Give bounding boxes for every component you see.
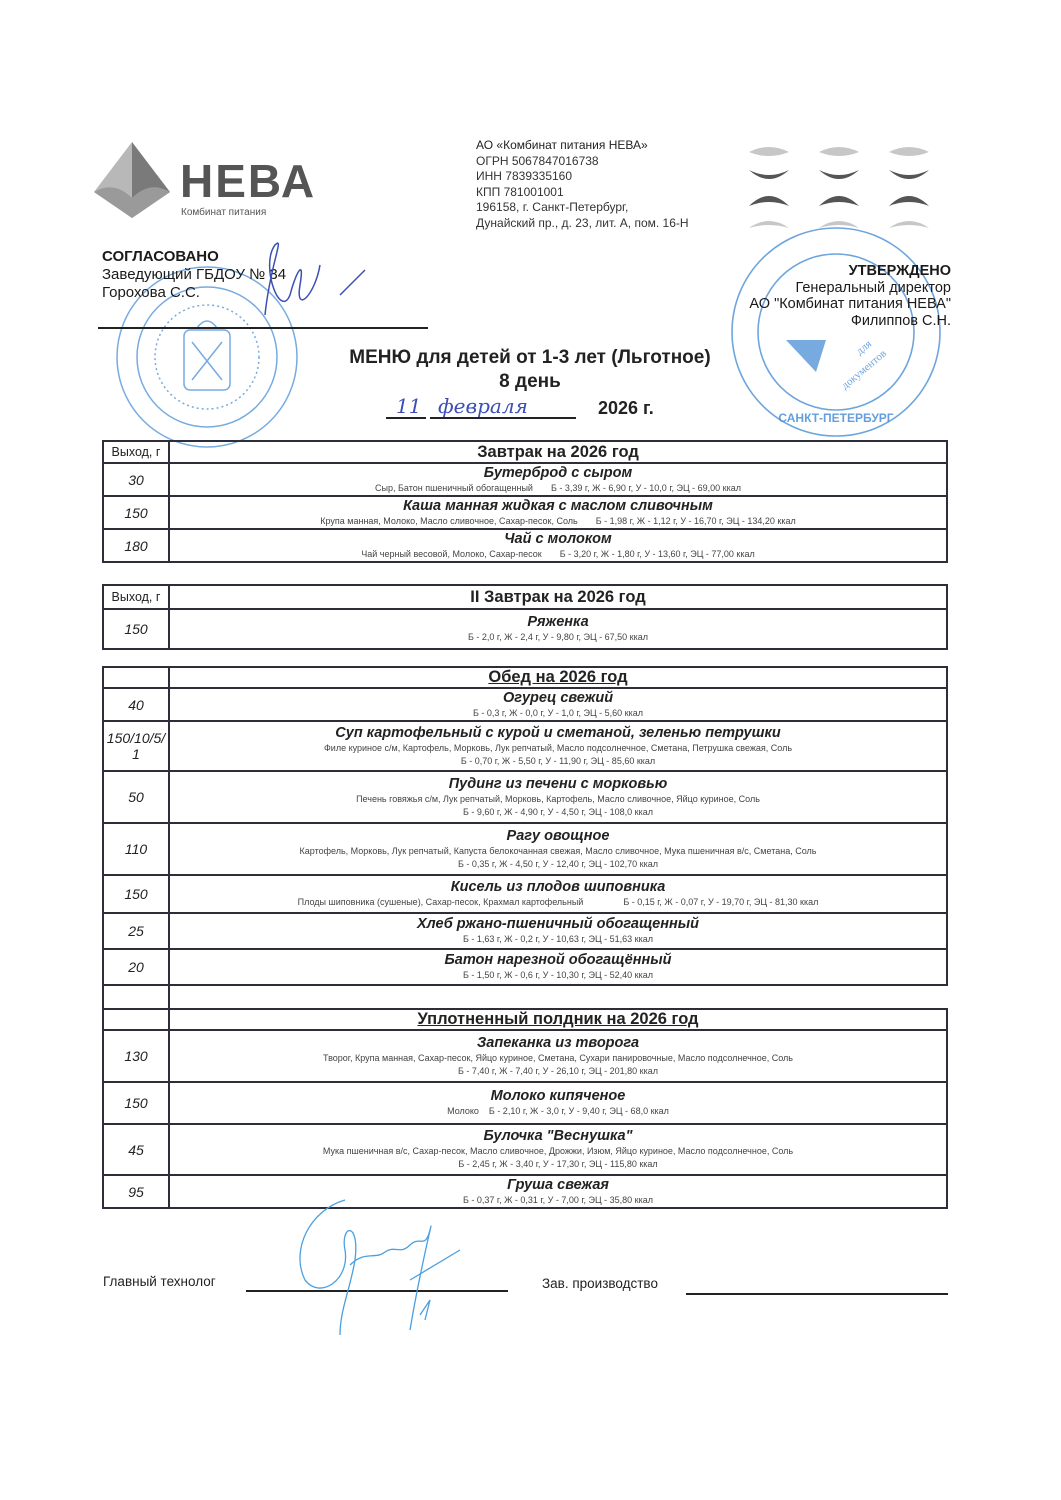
dish-yield: 150 [103,609,169,649]
dish-nutrition: Б - 0,15 г, Ж - 0,07 г, У - 19,70 г, ЭЦ … [623,897,818,907]
dish-name: Батон нарезной обогащённый [170,952,946,969]
approved-position: Генеральный директор [749,280,951,297]
section-title: Обед на 2026 год [169,667,947,688]
menu-day: 8 день [300,370,760,394]
dish-nutrition: Б - 0,3 г, Ж - 0,0 г, У - 1,0 г, ЭЦ - 5,… [170,707,946,720]
stamp-center-1: для [854,338,874,358]
dish-name: Пудинг из печени с морковью [170,776,946,793]
dish-nutrition: Б - 1,98 г, Ж - 1,12 г, У - 16,70 г, ЭЦ … [596,516,796,526]
dish-ingredients: Плоды шиповника (сушеные), Сахар-песок, … [298,897,584,907]
dish-name: Молоко кипяченое [170,1088,946,1105]
date-day: 11 [396,394,421,418]
dish-ingredients: Филе куриное с/м, Картофель, Морковь, Лу… [170,742,946,755]
dish-nutrition: Б - 2,0 г, Ж - 2,4 г, У - 9,80 г, ЭЦ - 6… [170,631,946,644]
dish-nutrition: Б - 1,63 г, Ж - 0,2 г, У - 10,63 г, ЭЦ -… [170,933,946,946]
dish-yield: 30 [103,463,169,496]
dish-ingredients: Сыр, Батон пшеничный обогащенный [375,483,533,493]
dish-nutrition: Б - 3,39 г, Ж - 6,90 г, У - 10,0 г, ЭЦ -… [551,483,741,493]
dish-name: Запеканка из творога [170,1035,946,1052]
dish-name: Булочка "Веснушка" [170,1128,946,1145]
table-row: 95 Груша свежаяБ - 0,37 г, Ж - 0,31 г, У… [103,1175,947,1208]
section-title: Завтрак на 2026 год [169,441,947,463]
dish-ingredients: Молоко [447,1106,479,1116]
production-head-label: Зав. производство [542,1276,658,1291]
dish-nutrition: Б - 1,50 г, Ж - 0,6 г, У - 10,30 г, ЭЦ -… [170,969,946,982]
company-inn: ИНН 7839335160 [476,169,689,185]
dish-yield: 110 [103,823,169,875]
table-row: 130 Запеканка из творогаТворог, Крупа ма… [103,1030,947,1082]
dish-yield: 40 [103,688,169,721]
dish-name: Суп картофельный с курой и сметаной, зел… [170,725,946,742]
dish-yield: 180 [103,529,169,562]
date-month-underline [430,417,576,419]
production-head-signature-line [686,1293,948,1295]
dish-name: Рагу овощное [170,828,946,845]
table-row: 150 Каша манная жидкая с маслом сливочны… [103,496,947,529]
dish-yield: 50 [103,771,169,823]
approved-org: АО "Комбинат питания НЕВА" [749,296,951,313]
stamp-city: САНКТ-ПЕТЕРБУРГ [778,411,893,425]
dish-nutrition: Б - 7,40 г, Ж - 7,40 г, У - 26,10 г, ЭЦ … [170,1065,946,1078]
company-name: АО «Комбинат питания НЕВА» [476,138,689,154]
yield-header-empty [103,1009,169,1030]
table-row: 30 Бутерброд с сыромСыр, Батон пшеничный… [103,463,947,496]
dish-yield: 150 [103,496,169,529]
dish-nutrition: Б - 2,10 г, Ж - 3,0 г, У - 9,40 г, ЭЦ - … [489,1106,669,1116]
approved-name: Филиппов С.Н. [749,313,951,330]
approved-title: УТВЕРЖДЕНО [749,263,951,280]
section-title: II Завтрак на 2026 год [169,585,947,609]
company-address-1: 196158, г. Санкт-Петербург, [476,200,689,216]
dish-yield: 150 [103,875,169,913]
dish-ingredients: Творог, Крупа манная, Сахар-песок, Яйцо … [170,1052,946,1065]
menu-title-line1: МЕНЮ для детей от 1-3 лет (Льготное) [300,346,760,370]
logo-subtitle: Комбинат питания [181,207,266,218]
yield-header: Выход, г [103,441,169,463]
technologist-signature-icon [250,1190,480,1340]
table-row: 150/10/5/ 1 Суп картофельный с курой и с… [103,721,947,771]
company-kpp: КПП 781001001 [476,185,689,201]
table-row: 110 Рагу овощноеКартофель, Морковь, Лук … [103,823,947,875]
dish-nutrition: Б - 2,45 г, Ж - 3,40 г, У - 17,30 г, ЭЦ … [170,1158,946,1171]
date-day-underline [386,417,426,419]
table-row: 150 РяженкаБ - 2,0 г, Ж - 2,4 г, У - 9,8… [103,609,947,649]
dish-yield: 25 [103,913,169,949]
logo-wordmark: НЕВА [180,158,316,204]
menu-date: 11 февраля 2026 г. [386,396,686,422]
dish-nutrition: Б - 9,60 г, Ж - 4,90 г, У - 4,50 г, ЭЦ -… [170,806,946,819]
dish-name: Бутерброд с сыром [170,465,946,482]
dish-yield: 45 [103,1124,169,1175]
second-breakfast-table: Выход, г II Завтрак на 2026 год 150 Ряже… [102,584,948,650]
dish-nutrition: Б - 3,20 г, Ж - 1,80 г, У - 13,60 г, ЭЦ … [560,549,755,559]
table-row: 180 Чай с молокомЧай черный весовой, Мол… [103,529,947,562]
dish-name: Каша манная жидкая с маслом сливочным [170,498,946,515]
table-row: 150 Молоко кипяченоеМолокоБ - 2,10 г, Ж … [103,1082,947,1124]
director-signature-icon [245,225,375,345]
company-info: АО «Комбинат питания НЕВА» ОГРН 50678470… [476,138,689,231]
company-stamp-icon: САНКТ-ПЕТЕРБУРГ для документов [726,222,946,442]
dish-ingredients: Мука пшеничная в/с, Сахар-песок, Масло с… [170,1145,946,1158]
dish-ingredients: Чай черный весовой, Молоко, Сахар-песок [361,549,541,559]
lunch-table: Обед на 2026 год 40 Огурец свежийБ - 0,3… [102,666,948,1209]
yield-header-empty [103,667,169,688]
menu-title: МЕНЮ для детей от 1-3 лет (Льготное) 8 д… [300,346,760,394]
table-row: 150 Кисель из плодов шиповникаПлоды шипо… [103,875,947,913]
table-row: 50 Пудинг из печени с морковьюПечень гов… [103,771,947,823]
date-year: 2026 г. [598,398,654,419]
table-row-empty [103,985,947,1009]
company-address-2: Дунайский пр., д. 23, лит. А, пом. 16-Н [476,216,689,232]
dish-nutrition: Б - 0,70 г, Ж - 5,50 г, У - 11,90 г, ЭЦ … [170,755,946,768]
dish-ingredients: Крупа манная, Молоко, Масло сливочное, С… [320,516,577,526]
dish-name: Ряженка [170,614,946,631]
dish-name: Огурец свежий [170,690,946,707]
dish-nutrition: Б - 0,35 г, Ж - 4,50 г, У - 12,40 г, ЭЦ … [170,858,946,871]
table-row: 45 Булочка "Веснушка"Мука пшеничная в/с,… [103,1124,947,1175]
approved-block: УТВЕРЖДЕНО Генеральный директор АО "Комб… [749,263,951,329]
dish-ingredients: Печень говяжья с/м, Лук репчатый, Морков… [170,793,946,806]
dish-yield: 150 [103,1082,169,1124]
chief-technologist-label: Главный технолог [103,1274,216,1289]
dish-ingredients: Картофель, Морковь, Лук репчатый, Капуст… [170,845,946,858]
dish-yield: 150/10/5/ 1 [103,721,169,771]
dish-yield: 20 [103,949,169,985]
dish-name: Кисель из плодов шиповника [170,879,946,896]
dish-yield: 130 [103,1030,169,1082]
yield-header: Выход, г [103,585,169,609]
dish-name: Чай с молоком [170,531,946,548]
neva-logo-icon [92,140,172,220]
company-ogrn: ОГРН 5067847016738 [476,154,689,170]
table-row: 20 Батон нарезной обогащённыйБ - 1,50 г,… [103,949,947,985]
table-row: 40 Огурец свежийБ - 0,3 г, Ж - 0,0 г, У … [103,688,947,721]
dish-name: Хлеб ржано-пшеничный обогащенный [170,916,946,933]
date-month: февраля [438,394,528,418]
table-row: 25 Хлеб ржано-пшеничный обогащенныйБ - 1… [103,913,947,949]
breakfast-table: Выход, г Завтрак на 2026 год 30 Бутербро… [102,440,948,563]
dish-yield: 95 [103,1175,169,1208]
section-title: Уплотненный полдник на 2026 год [169,1009,947,1030]
